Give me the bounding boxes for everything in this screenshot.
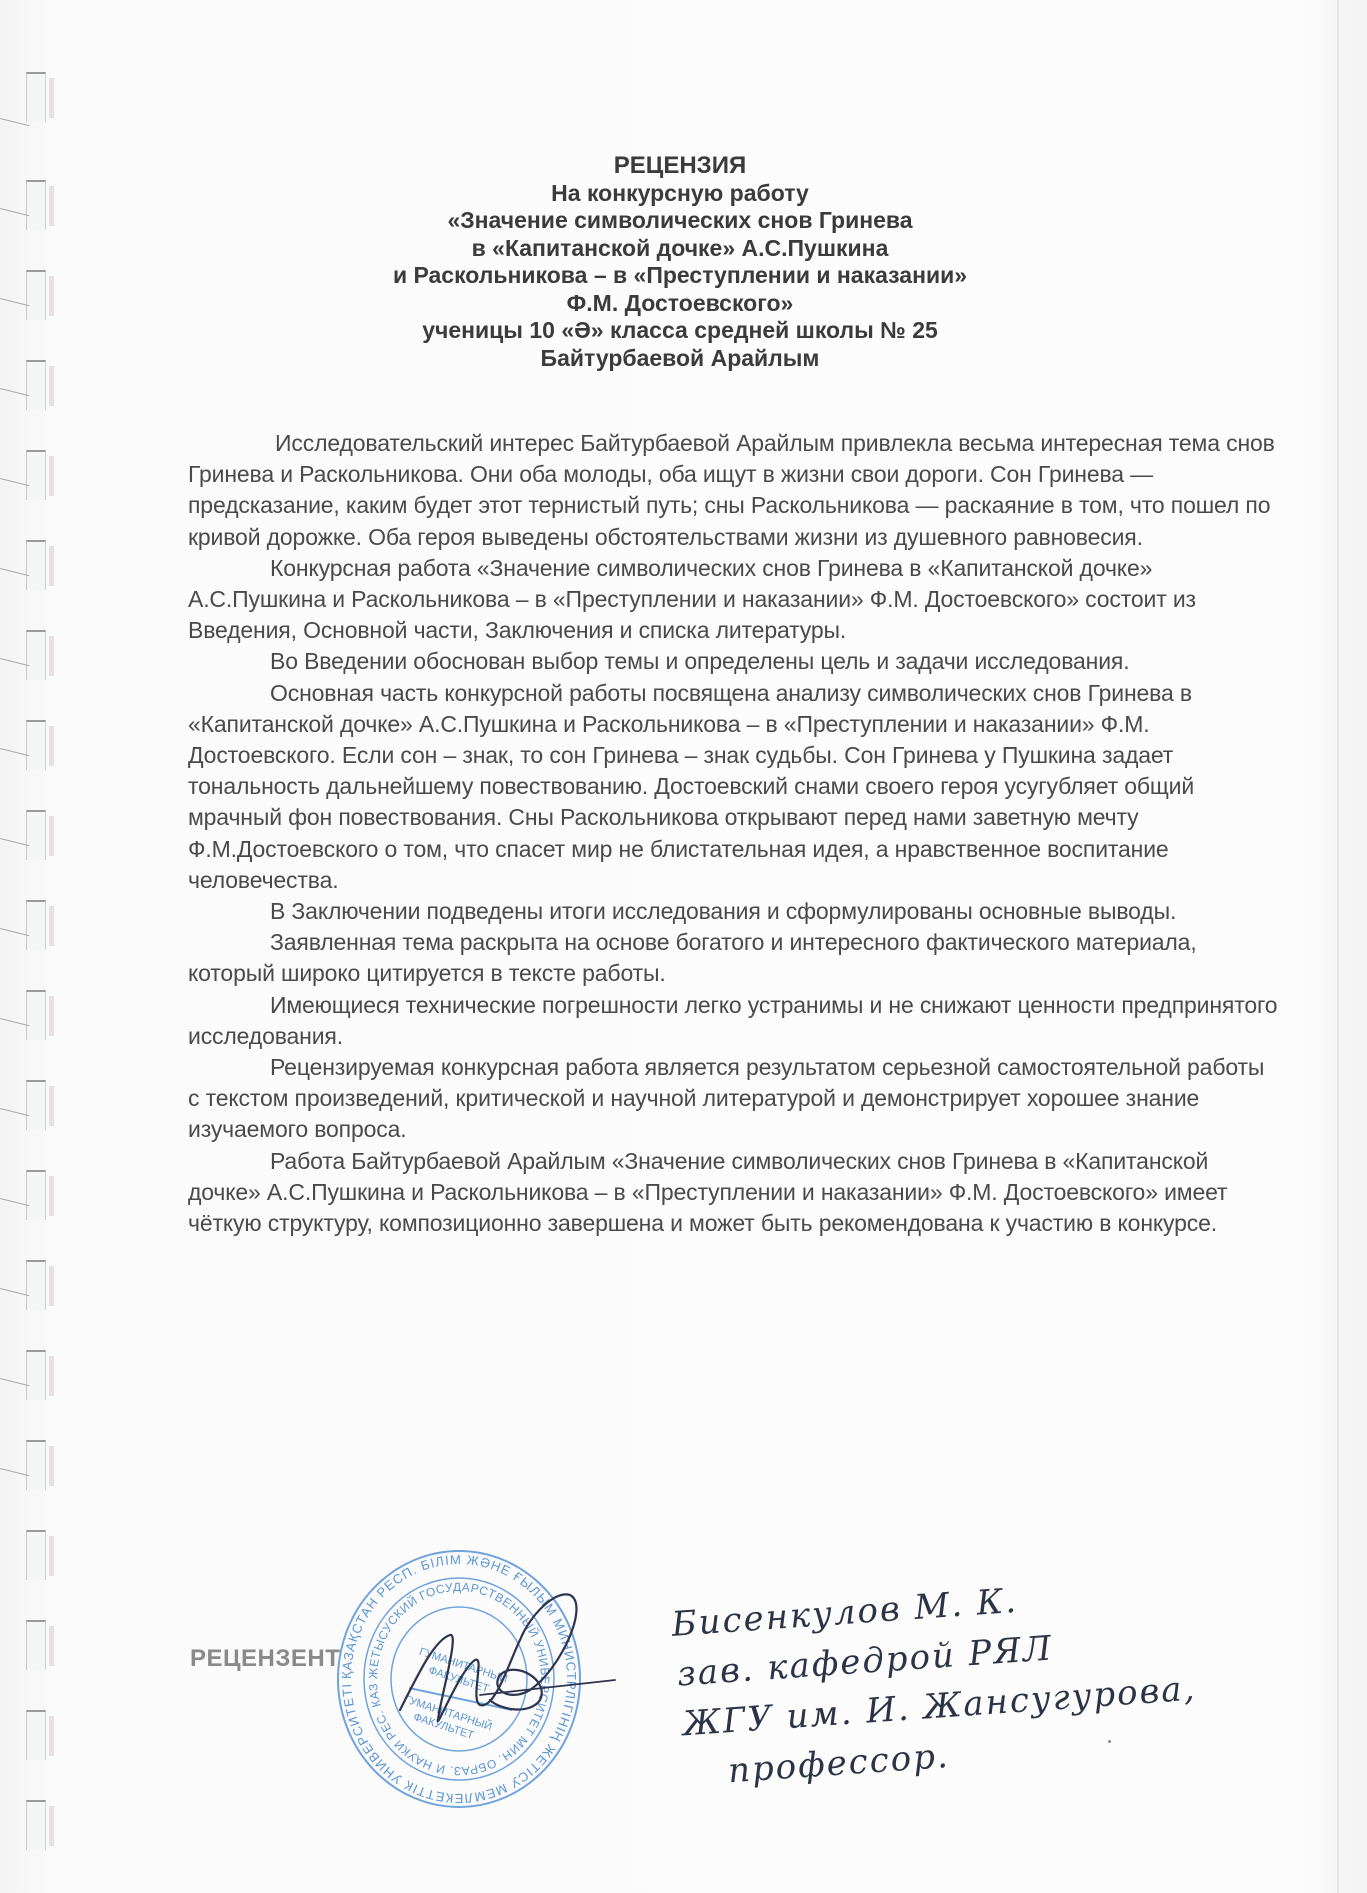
- binding-hole: [26, 1170, 46, 1220]
- paragraph: Основная часть конкурсной работы посвяще…: [188, 678, 1278, 896]
- paragraph: Имеющиеся технические погрешности легко …: [188, 990, 1278, 1052]
- spiral-binding-holes: [0, 0, 70, 1893]
- binding-hole: [26, 1350, 46, 1400]
- binding-hole: [26, 450, 46, 500]
- header-line: и Раскольникова – в «Преступлении и нака…: [300, 262, 1060, 290]
- document-title: РЕЦЕНЗИЯ: [300, 152, 1060, 180]
- header-line: ученицы 10 «Ә» класса средней школы № 25: [300, 317, 1060, 345]
- binding-hole: [26, 630, 46, 680]
- binding-hole: [26, 1710, 46, 1760]
- binding-hole: [26, 720, 46, 770]
- paragraph: Заявленная тема раскрыта на основе богат…: [188, 927, 1278, 989]
- header-line: в «Капитанской дочке» А.С.Пушкина: [300, 235, 1060, 263]
- binding-hole: [26, 1620, 46, 1670]
- header-line: На конкурсную работу: [300, 180, 1060, 208]
- paragraph: Рецензируемая конкурсная работа является…: [188, 1052, 1278, 1146]
- binding-hole: [26, 360, 46, 410]
- paragraph: Конкурсная работа «Значение символически…: [188, 553, 1278, 647]
- binding-hole: [26, 540, 46, 590]
- reviewer-handwritten-details: Бисенкулов М. К. зав. кафедрой РЯЛ ЖГУ и…: [670, 1558, 1282, 1799]
- binding-hole: [26, 1260, 46, 1310]
- binding-hole: [26, 990, 46, 1040]
- binding-hole: [26, 1080, 46, 1130]
- binding-hole: [26, 72, 46, 122]
- binding-hole: [26, 180, 46, 230]
- scan-speck: [1108, 1740, 1111, 1743]
- page-edge: [1337, 0, 1339, 1893]
- paragraph: Работа Байтурбаевой Арайлым «Значение си…: [188, 1146, 1278, 1240]
- header-line: «Значение символических снов Гринева: [300, 207, 1060, 235]
- binding-hole: [26, 900, 46, 950]
- binding-hole: [26, 1530, 46, 1580]
- header-line: Байтурбаевой Арайлым: [300, 345, 1060, 373]
- paragraph: Во Введении обоснован выбор темы и опред…: [188, 646, 1278, 677]
- header-line: Ф.М. Достоевского»: [300, 290, 1060, 318]
- binding-hole: [26, 270, 46, 320]
- signature-icon: [380, 1580, 620, 1750]
- paragraph: В Заключении подведены итоги исследовани…: [188, 896, 1278, 927]
- binding-hole: [26, 810, 46, 860]
- binding-hole: [26, 1800, 46, 1850]
- review-body: Исследовательский интерес Байтурбаевой А…: [188, 428, 1278, 1239]
- scanned-page: РЕЦЕНЗИЯ На конкурсную работу «Значение …: [0, 0, 1367, 1893]
- paragraph: Исследовательский интерес Байтурбаевой А…: [188, 428, 1278, 553]
- document-header: РЕЦЕНЗИЯ На конкурсную работу «Значение …: [300, 152, 1060, 372]
- binding-hole: [26, 1440, 46, 1490]
- reviewer-label: РЕЦЕНЗЕНТ: [190, 1645, 340, 1673]
